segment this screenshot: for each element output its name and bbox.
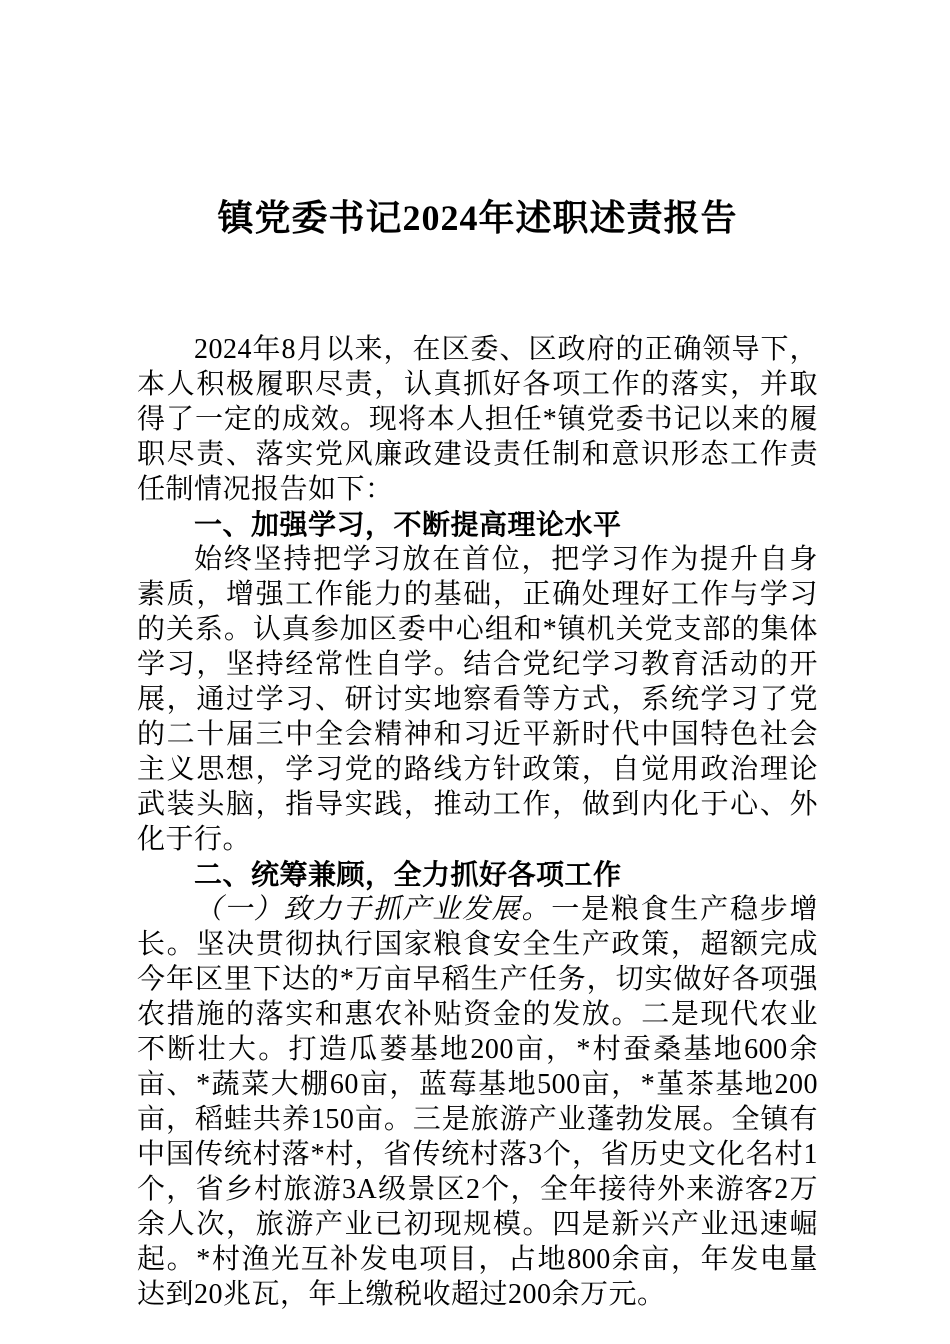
subsection-1-lead: （一）致力于抓产业发展。 (194, 894, 551, 925)
section-heading-1: 一、加强学习，不断提高理论水平 (137, 507, 818, 542)
paragraph-intro: 2024年8月以来，在区委、区政府的正确领导下，本人积极履职尽责，认真抓好各项工… (137, 332, 818, 507)
document-title: 镇党委书记2024年述职述责报告 (137, 196, 818, 240)
paragraph-section2-sub1: （一）致力于抓产业发展。一是粮食生产稳步增长。坚决贯彻执行国家粮食安全生产政策，… (137, 892, 818, 1312)
document-page: 镇党委书记2024年述职述责报告 2024年8月以来，在区委、区政府的正确领导下… (0, 0, 950, 1344)
paragraph-section1: 始终坚持把学习放在首位，把学习作为提升自身素质，增强工作能力的基础，正确处理好工… (137, 542, 818, 857)
subsection-1-text: 一是粮食生产稳步增长。坚决贯彻执行国家粮食安全生产政策，超额完成今年区里下达的*… (137, 894, 818, 1310)
section-heading-2: 二、统筹兼顾，全力抓好各项工作 (137, 857, 818, 892)
